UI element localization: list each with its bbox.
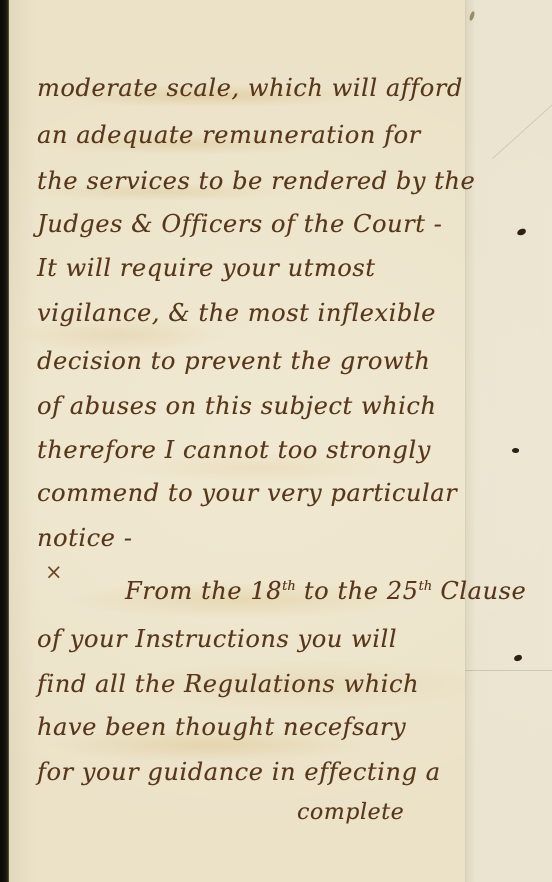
manuscript-line: notice -	[37, 524, 132, 552]
manuscript-line: have been thought necefsary	[37, 713, 406, 741]
page-fold-edge	[465, 0, 552, 882]
manuscript-line: find all the Regulations which	[37, 670, 419, 698]
manuscript-line-clause: From the 18th to the 25th Clause	[125, 577, 526, 605]
manuscript-line: Judges & Officers of the Court -	[37, 210, 442, 238]
manuscript-line: moderate scale, which will afford	[37, 74, 463, 102]
manuscript-line: of abuses on this subject which	[37, 392, 436, 420]
manuscript-scan: moderate scale, which will afford an ade…	[0, 0, 552, 882]
manuscript-line: vigilance, & the most inflexible	[37, 299, 436, 327]
manuscript-line: It will require your utmost	[37, 254, 375, 282]
manuscript-line: for your guidance in effecting a	[37, 758, 441, 786]
manuscript-paper: moderate scale, which will afford an ade…	[9, 0, 552, 882]
manuscript-line: commend to your very particular	[37, 479, 457, 507]
clause-text-end: Clause	[432, 577, 526, 605]
ordinal-superscript: th	[282, 579, 296, 594]
scan-edge-shadow	[0, 0, 9, 882]
ordinal-superscript: th	[418, 579, 432, 594]
marginal-cross-mark: ×	[45, 560, 63, 584]
manuscript-line: therefore I cannot too strongly	[37, 436, 431, 464]
catchword: complete	[297, 800, 404, 825]
manuscript-line: decision to prevent the growth	[37, 347, 430, 375]
horizontal-crease	[465, 670, 552, 671]
clause-text-start: From the 18	[125, 577, 282, 605]
manuscript-line: of your Instructions you will	[37, 625, 397, 653]
manuscript-line: the services to be rendered by the	[37, 167, 475, 195]
clause-text-middle: to the 25	[296, 577, 419, 605]
manuscript-line: an adequate remuneration for	[37, 121, 421, 149]
